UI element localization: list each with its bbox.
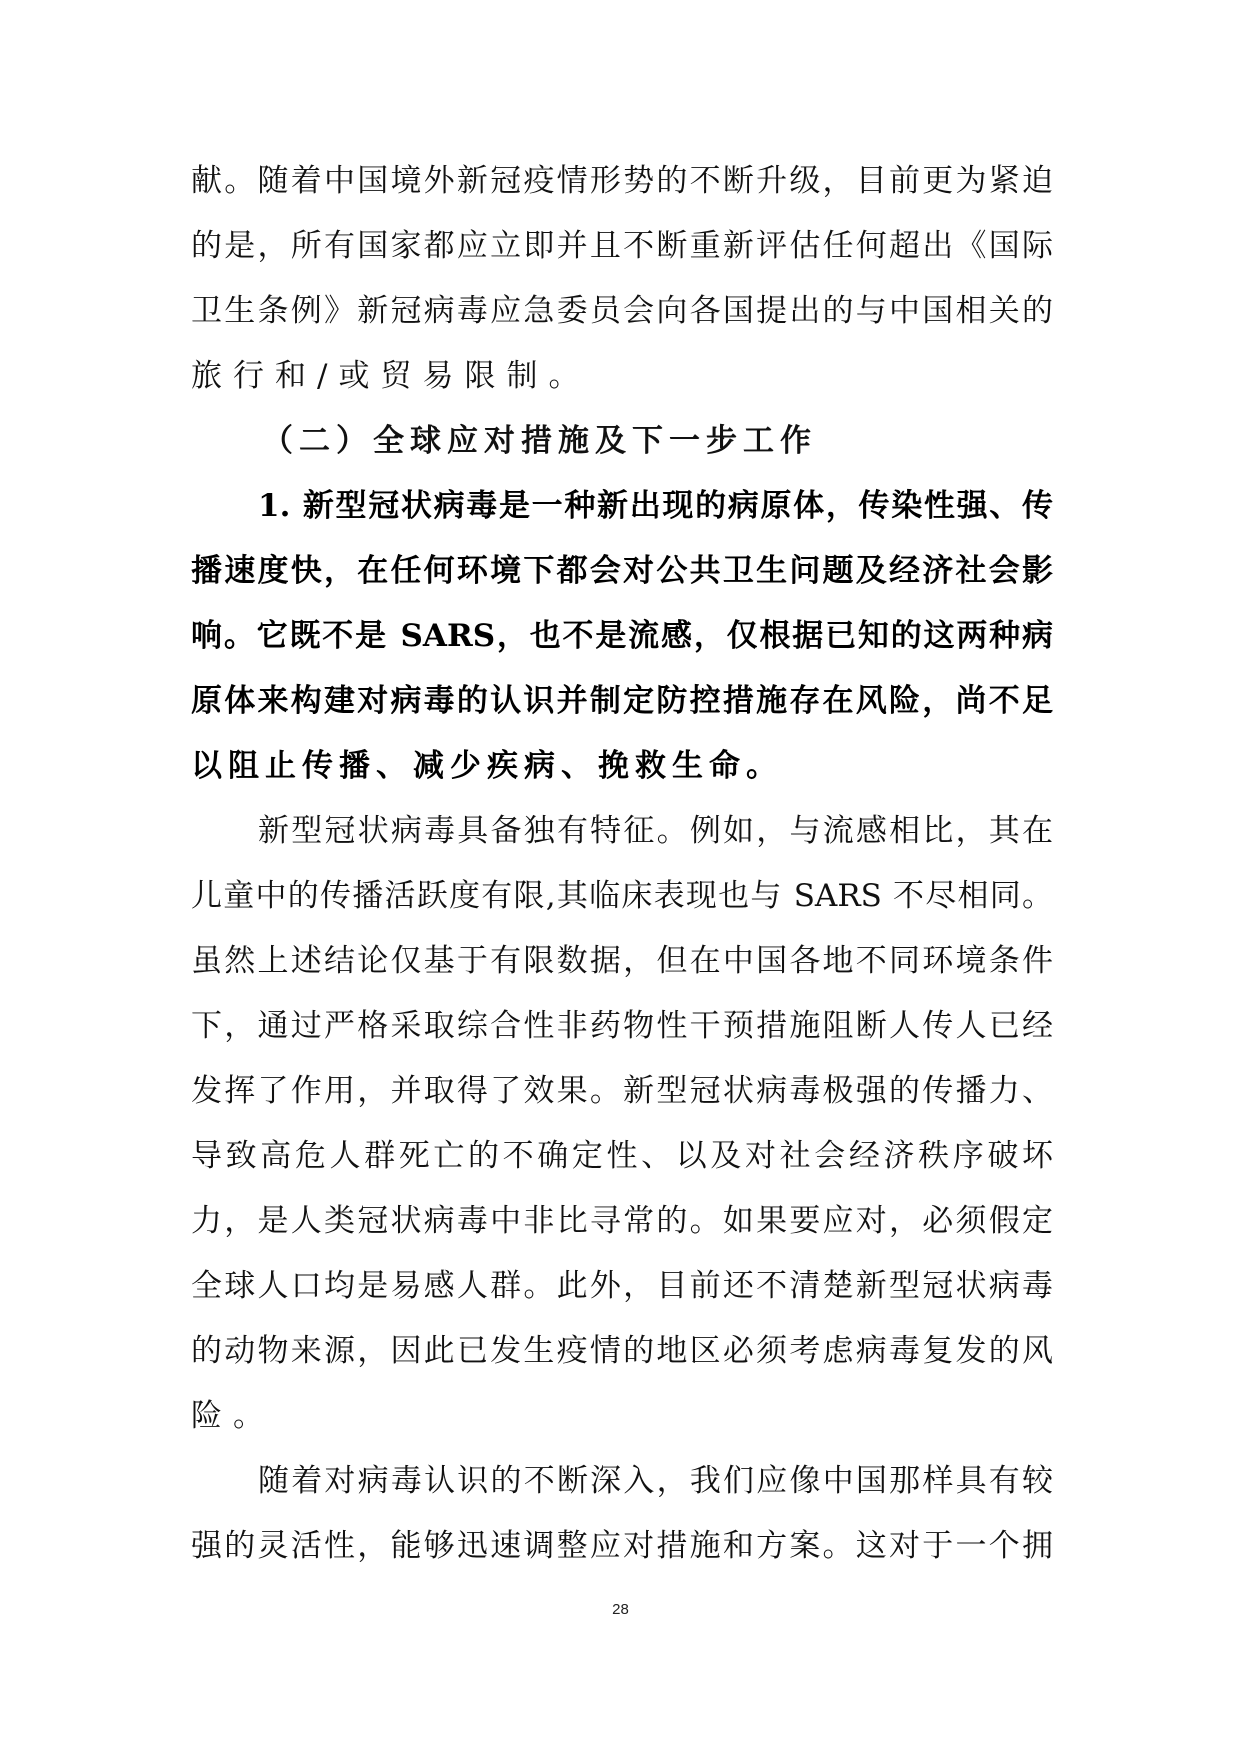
paragraph-3-line-9: 的动物来源，因此已发生疫情的地区必须考虑病毒复发的风 bbox=[191, 1331, 1053, 1371]
section-heading: （二）全球应对措施及下一步工作 bbox=[262, 421, 817, 461]
document-page: 献。随着中国境外新冠疫情形势的不断升级，目前更为紧迫 的是，所有国家都应立即并且… bbox=[0, 0, 1241, 1754]
bold-paragraph-line-3: 响。它既不是 SARS，也不是流感，仅根据已知的这两种病 bbox=[191, 616, 1053, 656]
paragraph-1-line-4: 旅行和/或贸易限制。 bbox=[191, 356, 1053, 396]
paragraph-3-line-8: 全球人口均是易感人群。此外，目前还不清楚新型冠状病毒 bbox=[191, 1266, 1053, 1306]
paragraph-3-line-7: 力，是人类冠状病毒中非比寻常的。如果要应对，必须假定 bbox=[191, 1201, 1053, 1241]
paragraph-3-line-2: 儿童中的传播活跃度有限,其临床表现也与 SARS 不尽相同。 bbox=[191, 876, 1053, 916]
paragraph-3-line-6: 导致高危人群死亡的不确定性、以及对社会经济秩序破坏 bbox=[191, 1136, 1053, 1176]
bold-paragraph-line-5: 以阻止传播、减少疾病、挽救生命。 bbox=[191, 746, 1053, 786]
paragraph-4-line-2: 强的灵活性，能够迅速调整应对措施和方案。这对于一个拥 bbox=[191, 1526, 1053, 1566]
paragraph-3-line-5: 发挥了作用，并取得了效果。新型冠状病毒极强的传播力、 bbox=[191, 1071, 1053, 1111]
paragraph-1-line-3: 卫生条例》新冠病毒应急委员会向各国提出的与中国相关的 bbox=[191, 291, 1053, 331]
paragraph-3-line-4: 下，通过严格采取综合性非药物性干预措施阻断人传人已经 bbox=[191, 1006, 1053, 1046]
bold-paragraph-line-1: 1. 新型冠状病毒是一种新出现的病原体，传染性强、传 bbox=[258, 486, 1053, 526]
bold-paragraph-line-2: 播速度快，在任何环境下都会对公共卫生问题及经济社会影 bbox=[191, 551, 1053, 591]
paragraph-3-line-3: 虽然上述结论仅基于有限数据，但在中国各地不同环境条件 bbox=[191, 941, 1053, 981]
paragraph-3-line-1: 新型冠状病毒具备独有特征。例如，与流感相比，其在 bbox=[258, 811, 1053, 851]
paragraph-1-line-2: 的是，所有国家都应立即并且不断重新评估任何超出《国际 bbox=[191, 226, 1053, 266]
bold-paragraph-line-4: 原体来构建对病毒的认识并制定防控措施存在风险，尚不足 bbox=[191, 681, 1053, 721]
paragraph-3-line-10: 险。 bbox=[191, 1396, 1053, 1436]
paragraph-4-line-1: 随着对病毒认识的不断深入，我们应像中国那样具有较 bbox=[258, 1461, 1053, 1501]
paragraph-1-line-1: 献。随着中国境外新冠疫情形势的不断升级，目前更为紧迫 bbox=[191, 161, 1053, 201]
page-number: 28 bbox=[0, 1601, 1241, 1618]
